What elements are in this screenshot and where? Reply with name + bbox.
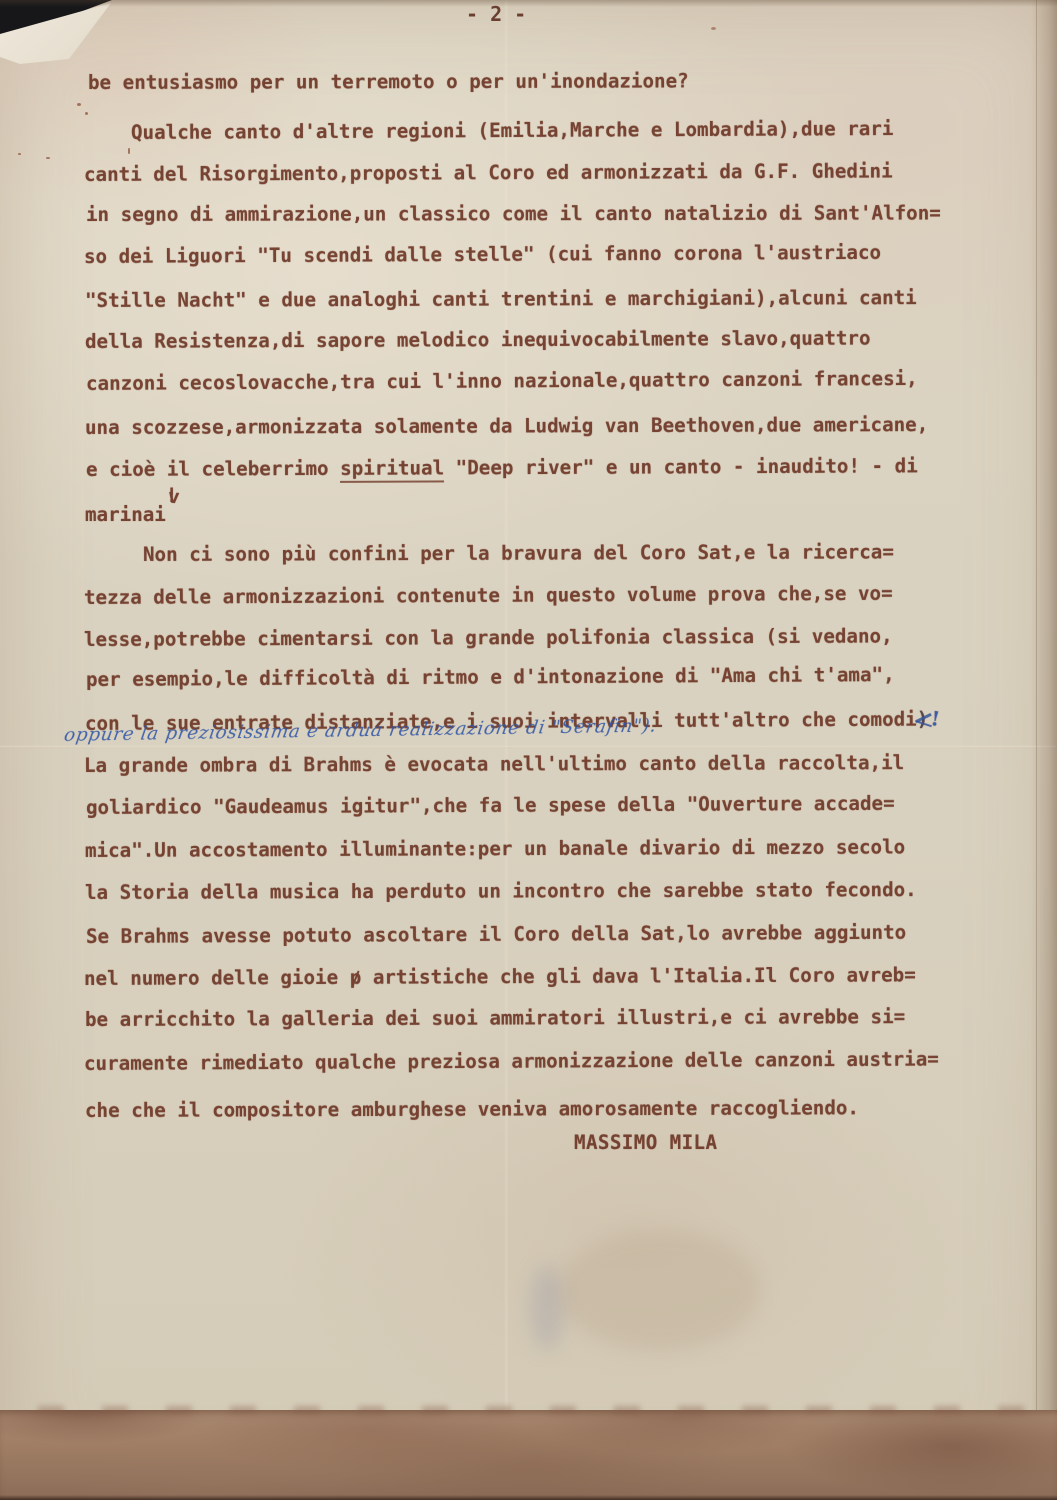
typed-char: v xyxy=(167,485,181,508)
typed-line: curamente rimediato qualche preziosa arm… xyxy=(84,1049,939,1076)
page-top-edge-shadow xyxy=(0,0,1057,7)
typed-line: canzoni cecoslovacche,tra cui l'inno naz… xyxy=(86,368,918,395)
handwritten-exclamation: ! xyxy=(930,708,942,729)
ink-speck xyxy=(77,103,81,106)
bottom-stain-band xyxy=(0,1410,1057,1500)
cancelled-char: p xyxy=(350,967,362,989)
typed-line: la Storia della musica ha perduto un inc… xyxy=(85,879,917,904)
page-edge-line xyxy=(1036,0,1037,1500)
typed-line: tezza delle armonizzazioni contenute in … xyxy=(84,583,893,609)
typed-line: be arricchito la galleria dei suoi ammir… xyxy=(85,1006,905,1031)
typed-text: artistiche che gli dava l'Italia.Il Coro… xyxy=(361,963,916,988)
typed-line: Non ci sono più confini per la bravura d… xyxy=(143,541,894,566)
typed-line: "Stille Nacht" e due analoghi canti tren… xyxy=(85,287,917,312)
page-number: - 2 - xyxy=(466,4,526,24)
typed-line: mica".Un accostamento illuminante:per un… xyxy=(85,836,905,862)
underlined-word: spiritual xyxy=(340,456,444,482)
ink-speck xyxy=(85,112,88,115)
typed-line: in segno di ammirazione,un classico come… xyxy=(86,203,941,227)
cancelled-char: ) xyxy=(917,709,929,731)
typed-line: marinai!v xyxy=(85,501,179,526)
typed-line: Qualche canto d'altre regioni (Emilia,Ma… xyxy=(131,118,894,144)
paper-stain xyxy=(560,1230,760,1350)
typed-line: be entusiasmo per un terremoto o per un'… xyxy=(88,70,689,94)
overstruck-mark: !v xyxy=(166,501,179,521)
typed-text: marinai xyxy=(85,503,166,526)
typed-line: La grande ombra di Brahms è evocata nell… xyxy=(84,752,904,777)
typed-line: Se Brahms avesse potuto ascoltare il Cor… xyxy=(86,922,906,948)
ink-speck xyxy=(128,148,130,154)
typed-line: nel numero delle gioie p artistiche che … xyxy=(84,964,916,990)
ink-speck xyxy=(46,157,50,159)
typed-line: lesse,potrebbe cimentarsi con la grande … xyxy=(84,625,893,651)
typed-line: una scozzese,armonizzata solamente da Lu… xyxy=(85,414,928,439)
typewritten-letter-page: - 2 - be entusiasmo per un terremoto o p… xyxy=(0,0,1057,1500)
typed-char: ) xyxy=(917,708,929,731)
typed-line: so dei Liguori "Tu scendi dalle stelle" … xyxy=(84,242,881,268)
gray-smudge xyxy=(530,1265,564,1350)
typed-text: nel numero delle gioie xyxy=(84,966,350,990)
typed-line: per esempio,le difficoltà di ritmo e d'i… xyxy=(86,664,895,691)
typed-line: della Resistenza,di sapore melodico ineq… xyxy=(85,328,871,354)
typed-line: e cioè il celeberrimo spiritual "Deep ri… xyxy=(86,455,918,481)
typed-text: "Deep river" e un canto - inaudito! - di xyxy=(444,454,918,479)
ink-speck xyxy=(18,153,21,155)
typed-line: canti del Risorgimento,proposti al Coro … xyxy=(84,160,893,186)
typed-line: che che il compositore amburghese veniva… xyxy=(85,1097,859,1122)
typed-line: goliardico "Gaudeamus igitur",che fa le … xyxy=(86,793,895,819)
ink-speck xyxy=(711,27,716,30)
horizontal-crease xyxy=(0,746,1057,748)
page-right-edge-shadow xyxy=(1031,0,1057,1500)
signature: MASSIMO MILA xyxy=(574,1133,717,1152)
typed-text: e cioè il celeberrimo xyxy=(86,457,340,481)
